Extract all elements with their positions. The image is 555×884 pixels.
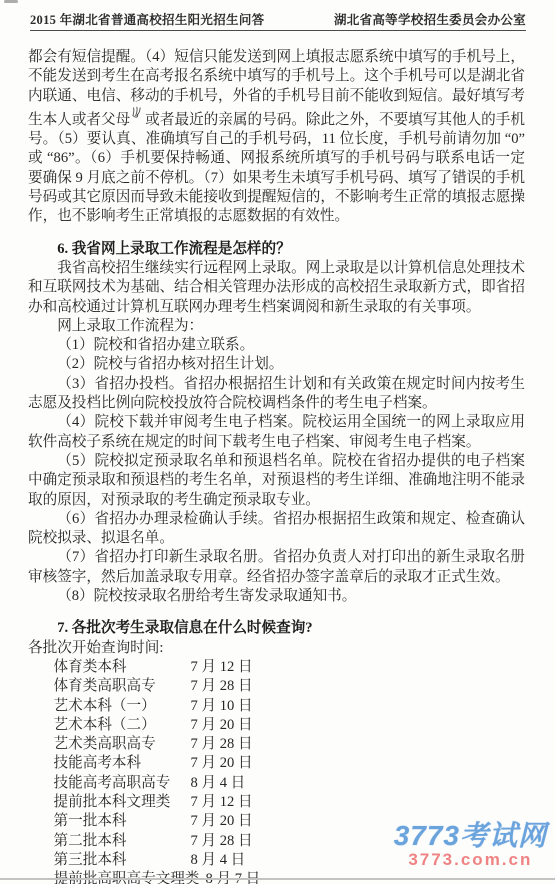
question-7-heading: 7. 各批次考生录取信息在什么时候查询? bbox=[28, 619, 525, 638]
batch-name: 体育类本科 bbox=[54, 658, 191, 677]
query-date: 7 月 28 日 bbox=[191, 832, 253, 851]
scanned-document-page: 2015 年湖北省普通高校招生阳光招生问答 湖北省高等学校招生委员会办公室 都会… bbox=[0, 0, 555, 884]
flow-step-1: （1）院校和省招办建立联系。 bbox=[28, 336, 525, 355]
batch-name: 第一批本科 bbox=[54, 812, 191, 831]
query-date: 7 月 12 日 bbox=[191, 658, 253, 677]
flow-step-5: （5）院校拟定预录取名单和预退档名单。院校在省招办提供的电子档案中确定预录取和预… bbox=[28, 452, 525, 510]
query-date: 7 月 10 日 bbox=[191, 697, 253, 716]
query-date: 8 月 4 日 bbox=[191, 851, 246, 870]
header-issuing-office: 湖北省高等学校招生委员会办公室 bbox=[334, 10, 526, 28]
page-header: 2015 年湖北省普通高校招生阳光招生问答 湖北省高等学校招生委员会办公室 bbox=[30, 10, 526, 28]
schedule-row: 体育类本科7 月 12 日 bbox=[54, 658, 525, 677]
batch-name: 技能高考本科 bbox=[54, 754, 191, 773]
watermark-site-url: 3773.com.cn bbox=[394, 851, 547, 868]
query-date: 7 月 20 日 bbox=[191, 716, 253, 735]
question-6-paragraph: 我省高校招生继续实行远程网上录取。网上录取是以计算机信息处理技术和互联网技术为基… bbox=[28, 259, 525, 317]
flow-step-6: （6）省招办办理录检确认手续。省招办根据招生政策和规定、检查确认院校拟录、拟退名… bbox=[28, 510, 525, 549]
flow-step-2: （2）院校与省招办核对招生计划。 bbox=[28, 355, 525, 374]
question-6-heading: 6. 我省网上录取工作流程是怎样的？ bbox=[28, 240, 525, 259]
site-watermark: 3773考试网 3773.com.cn bbox=[394, 822, 547, 868]
header-booklet-title: 2015 年湖北省普通高校招生阳光招生问答 bbox=[30, 10, 264, 28]
schedule-row: 技能高考高职高专8 月 4 日 bbox=[54, 774, 525, 793]
schedule-row: 体育类高职高专7 月 28 日 bbox=[54, 677, 525, 696]
bottom-divider bbox=[0, 878, 555, 880]
batch-name: 第三批本科 bbox=[54, 851, 191, 870]
scan-artifact bbox=[4, 0, 18, 3]
schedule-row: 艺术本科（二）7 月 20 日 bbox=[54, 716, 525, 735]
query-date: 7 月 28 日 bbox=[191, 677, 253, 696]
document-body: 都会有短信提醒。（4）短信只能发送到网上填报志愿系统中填写的手机号上，不能发送到… bbox=[28, 48, 525, 884]
query-date: 7 月 12 日 bbox=[191, 793, 253, 812]
batch-name: 提前批本科文理类 bbox=[54, 793, 191, 812]
query-date: 7 月 20 日 bbox=[191, 754, 253, 773]
flow-step-7: （7）省招办打印新生录取名册。省招办负责人对打印出的新生录取名册审核签字，然后加… bbox=[28, 548, 525, 587]
schedule-row: 艺术类高职高专7 月 28 日 bbox=[54, 735, 525, 754]
flow-step-4: （4）院校下载并审阅考生电子档案。院校运用全国统一的网上录取应用软件高校子系统在… bbox=[28, 413, 525, 452]
flow-lead-line: 网上录取工作流程为： bbox=[28, 317, 525, 336]
schedule-row: 提前批本科文理类7 月 12 日 bbox=[54, 793, 525, 812]
query-time-lead: 各批次开始查询时间: bbox=[28, 639, 525, 658]
intro-text-part2: 或者最近的亲属的号码。除此之外，不要填写其他人的手机号。（5）要认真、准确填写自… bbox=[28, 112, 525, 224]
header-divider bbox=[30, 30, 526, 31]
flow-step-3: （3）省招办投档。省招办根据招生计划和有关政策在规定时间内按考生志愿及投档比例向… bbox=[28, 375, 525, 414]
handwritten-scribble-icon bbox=[131, 106, 144, 120]
batch-name: 艺术本科（一） bbox=[54, 697, 191, 716]
schedule-row: 技能高考本科7 月 20 日 bbox=[54, 754, 525, 773]
query-date: 7 月 28 日 bbox=[191, 735, 253, 754]
flow-step-8: （8）院校按录取名册给考生寄发录取通知书。 bbox=[28, 587, 525, 606]
batch-name: 体育类高职高专 bbox=[54, 677, 191, 696]
query-date: 8 月 4 日 bbox=[191, 774, 246, 793]
batch-name: 技能高考高职高专 bbox=[54, 774, 191, 793]
batch-name: 艺术类高职高专 bbox=[54, 735, 191, 754]
intro-paragraph: 都会有短信提醒。（4）短信只能发送到网上填报志愿系统中填写的手机号上，不能发送到… bbox=[28, 48, 525, 227]
watermark-site-name: 3773考试网 bbox=[394, 822, 547, 850]
batch-name: 艺术本科（二） bbox=[54, 716, 191, 735]
schedule-row: 艺术本科（一）7 月 10 日 bbox=[54, 697, 525, 716]
batch-name: 第二批本科 bbox=[54, 832, 191, 851]
query-date: 7 月 20 日 bbox=[191, 812, 253, 831]
